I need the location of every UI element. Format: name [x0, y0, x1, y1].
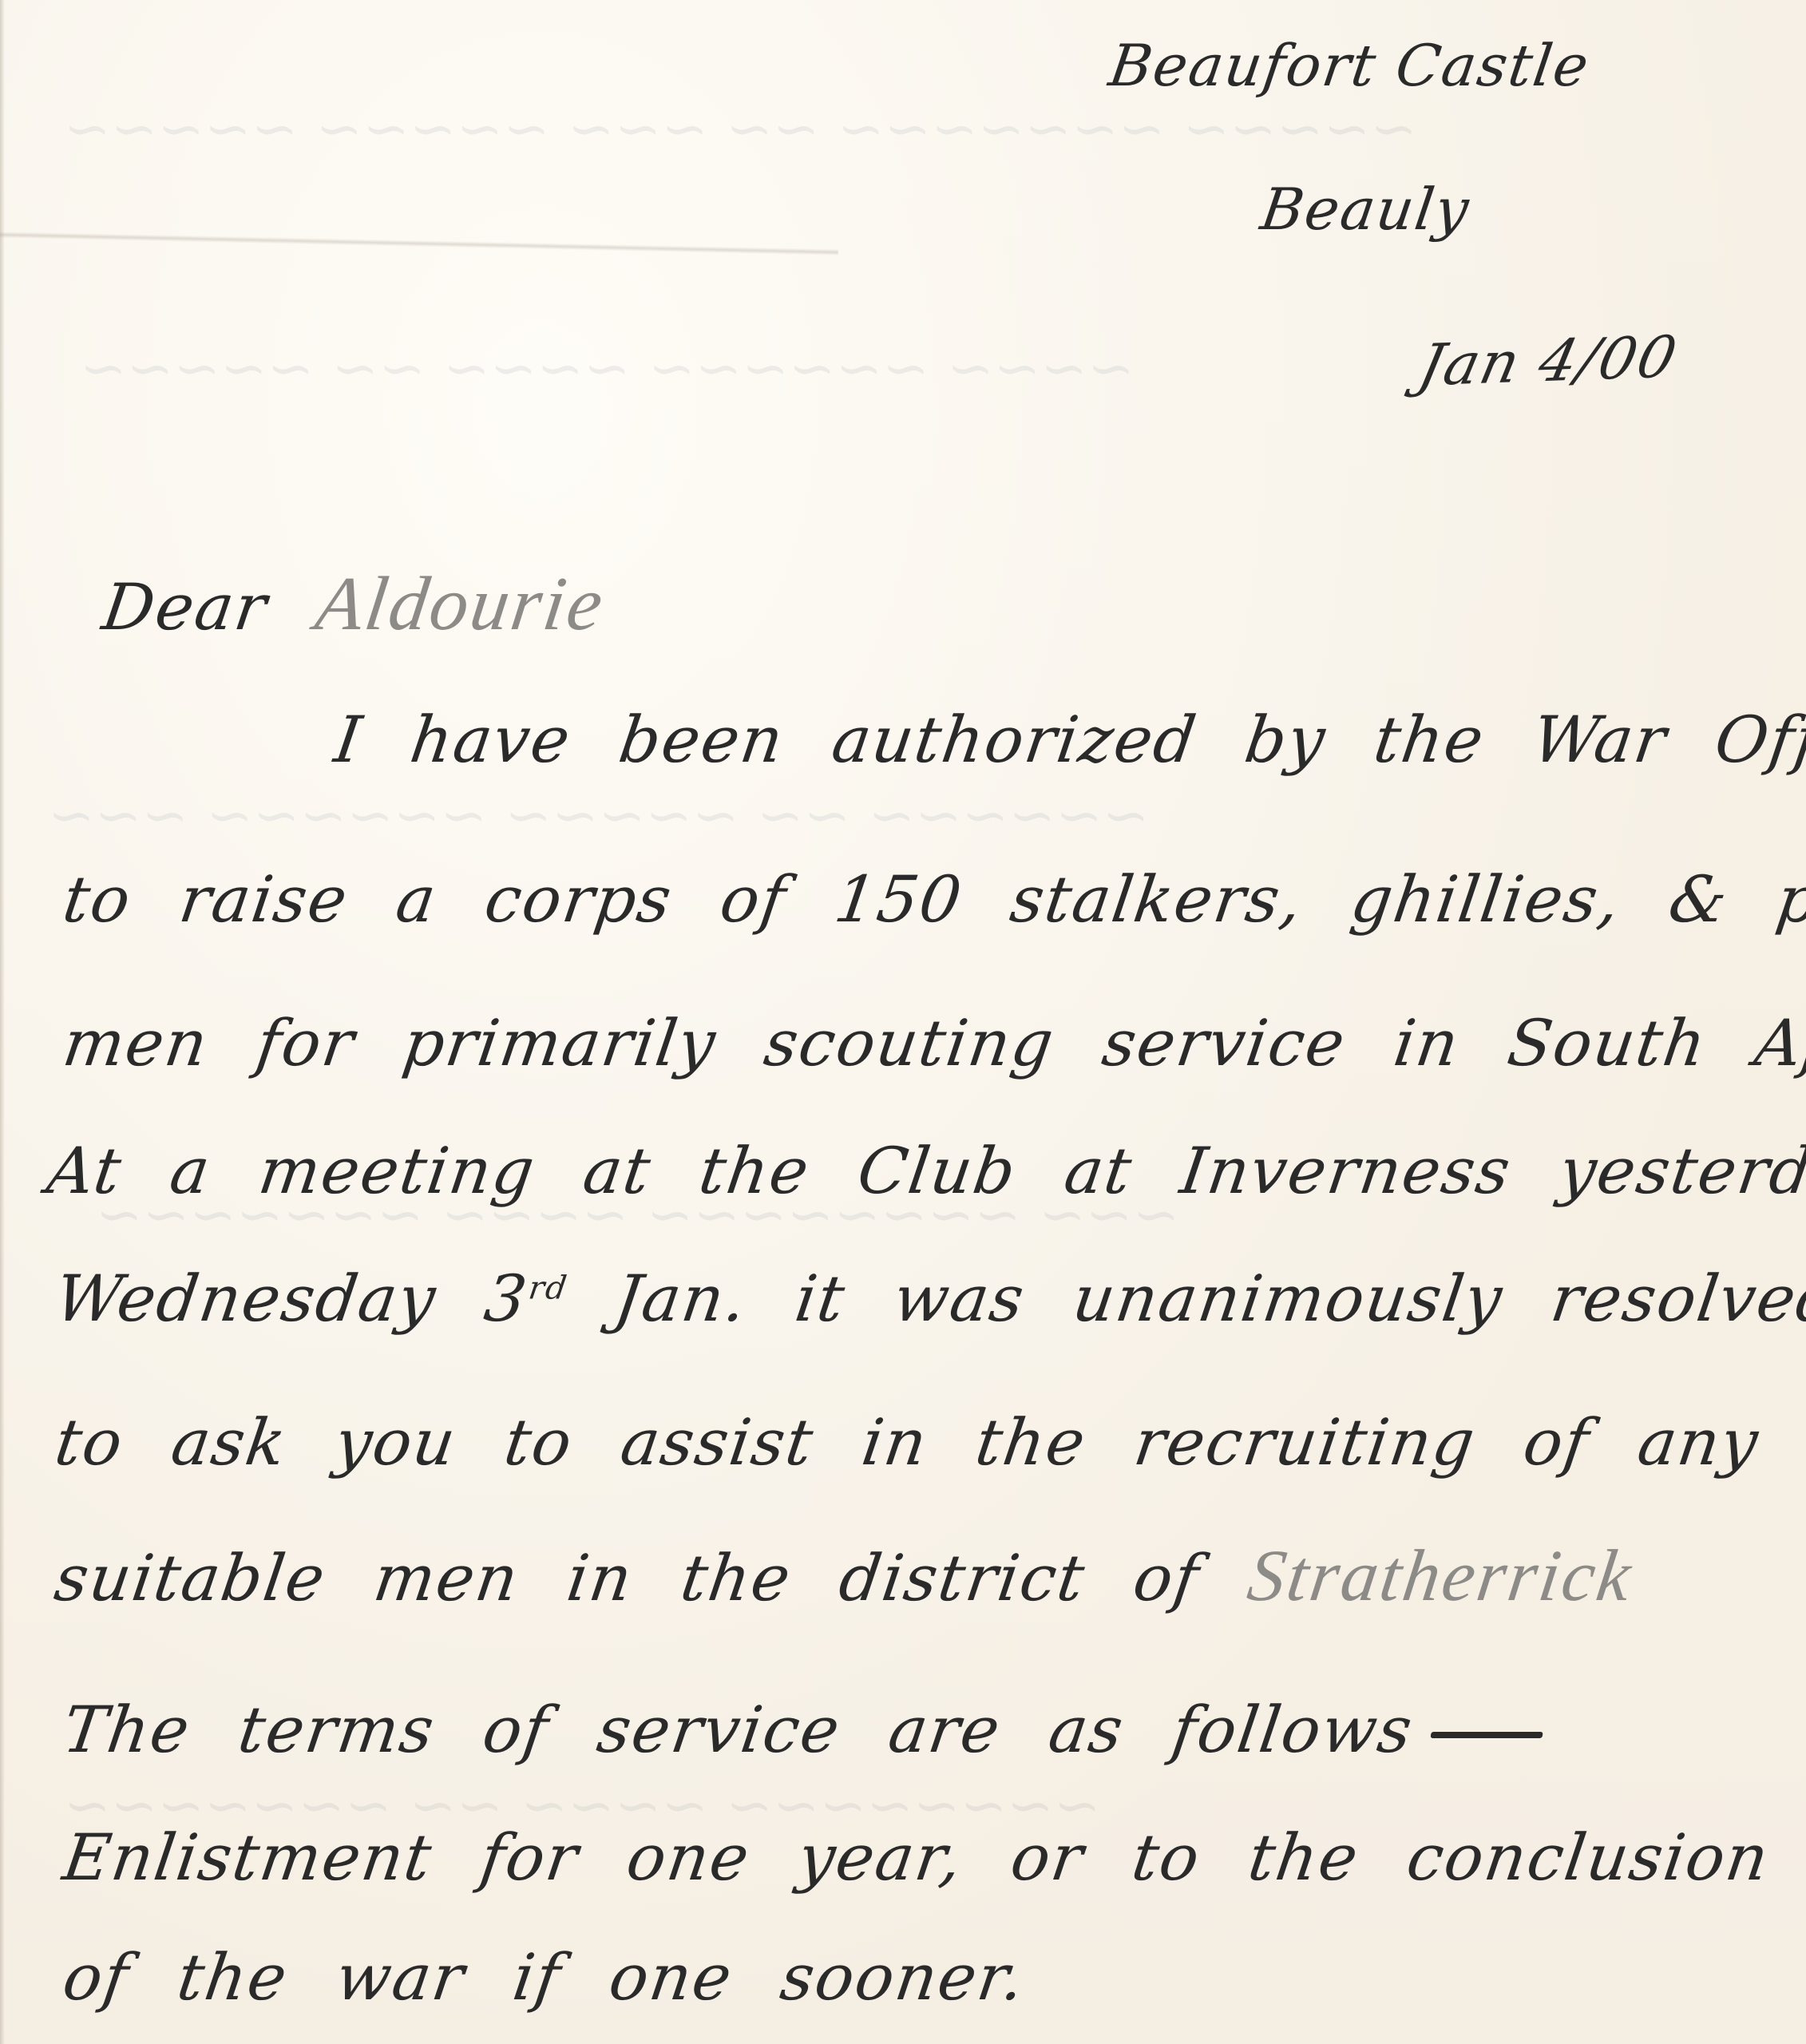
district-name-pencil: Stratherrick [1243, 1535, 1638, 1616]
body-line-9: Enlistment for one year, or to the concl… [58, 1820, 1774, 1895]
body-line-7: suitable men in the district of Strather… [50, 1533, 1639, 1618]
weekday: Wednesday [50, 1262, 441, 1336]
day-number: 3rd [480, 1262, 572, 1336]
terms-heading: The terms of service are as follows [58, 1693, 1418, 1767]
address-line-1: Beaufort Castle [1105, 32, 1594, 99]
body-line-8: The terms of service are as follows [58, 1693, 1549, 1767]
body-line-2: to raise a corps of 150 stalkers, ghilli… [58, 862, 1806, 937]
reverse-show-through: ~~~~ ~~~~~~ ~~~~ ~~ ~~~~~ [80, 335, 1135, 401]
dash-rule [1431, 1732, 1543, 1738]
body-line-1: I have been authorized by the War Office [330, 703, 1806, 777]
paper-fold-crease [0, 232, 838, 255]
salutation-prefix: Dear [98, 570, 272, 644]
salutation: Dear Aldourie [97, 559, 610, 648]
line-7-text: suitable men in the district of [50, 1541, 1205, 1615]
reverse-show-through: ~~~~~~ ~~ ~~~~~ ~~~~~~ ~~~ [48, 782, 1149, 848]
paper-edge [0, 0, 5, 2044]
line-5-rest: Jan. it was unanimously resolved [610, 1262, 1806, 1336]
reverse-show-through: ~~~~~ ~~~~~~~ ~~ ~~~ ~~~~~ ~~~~~ [64, 96, 1417, 161]
letter-page: ~~~~~ ~~~~~~~ ~~ ~~~ ~~~~~ ~~~~~ ~~~~ ~~… [0, 0, 1806, 2044]
body-line-4: At a meeting at the Club at Inverness ye… [42, 1134, 1806, 1208]
body-line-10: of the war if one sooner. [58, 1940, 1030, 2014]
body-line-6: to ask you to assist in the recruiting o… [50, 1405, 1764, 1480]
body-line-5: Wednesday 3rd Jan. it was unanimously re… [50, 1262, 1806, 1336]
body-line-3: men for primarily scouting service in So… [58, 1006, 1806, 1080]
letter-date: Jan 4/00 [1413, 323, 1684, 398]
salutation-name-pencil: Aldourie [311, 561, 610, 646]
address-line-2: Beauly [1257, 176, 1474, 243]
